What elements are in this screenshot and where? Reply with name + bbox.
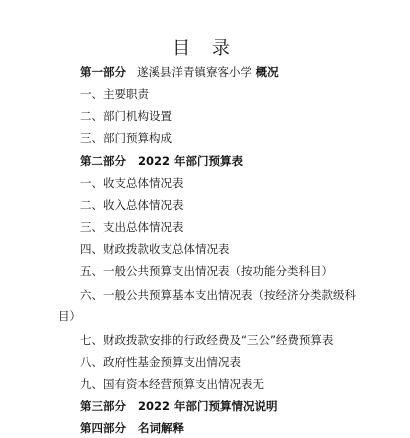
part-name: 2022 年部门预算情况说明: [138, 399, 278, 413]
toc-item[interactable]: 六、一般公共预算基本支出情况表（按经济分类款级科: [80, 287, 356, 303]
toc-item[interactable]: 九、国有资本经营预算支出情况表无: [80, 376, 264, 392]
part-name: 遂溪县洋青镇寮客小学: [137, 65, 252, 79]
part-label: 第二部分: [80, 154, 126, 168]
toc-item[interactable]: 八、政府性基金预算支出情况表: [80, 354, 241, 370]
part-name: 2022 年部门预算表: [138, 154, 243, 168]
toc-item-wrap: 目）: [58, 308, 81, 324]
toc-part2[interactable]: 第二部分 2022 年部门预算表: [80, 153, 243, 169]
toc-item[interactable]: 七、财政拨款安排的行政经费及“三公”经费预算表: [80, 332, 333, 348]
toc-item[interactable]: 二、部门机构设置: [80, 108, 172, 124]
part-name: 名词解释: [138, 421, 184, 435]
toc-title: 目 录: [0, 38, 410, 60]
part-label: 第三部分: [80, 399, 126, 413]
toc-item[interactable]: 二、收入总体情况表: [80, 197, 184, 213]
toc-item[interactable]: 四、财政拨款收支总体情况表: [80, 241, 230, 257]
toc-part4[interactable]: 第四部分 名词解释: [80, 420, 184, 436]
toc-part1[interactable]: 第一部分 遂溪县洋青镇寮客小学 概况: [80, 64, 279, 80]
toc-item[interactable]: 三、支出总体情况表: [80, 219, 184, 235]
part-label: 第一部分: [80, 65, 126, 79]
toc-part3[interactable]: 第三部分 2022 年部门预算情况说明: [80, 398, 278, 414]
toc-item[interactable]: 三、部门预算构成: [80, 130, 172, 146]
toc-item[interactable]: 一、主要职责: [80, 86, 149, 102]
toc-item[interactable]: 五、一般公共预算支出情况表（按功能分类科目）: [80, 263, 333, 279]
part-label: 第四部分: [80, 421, 126, 435]
part-suffix: 概况: [256, 65, 279, 79]
toc-item[interactable]: 一、收支总体情况表: [80, 175, 184, 191]
